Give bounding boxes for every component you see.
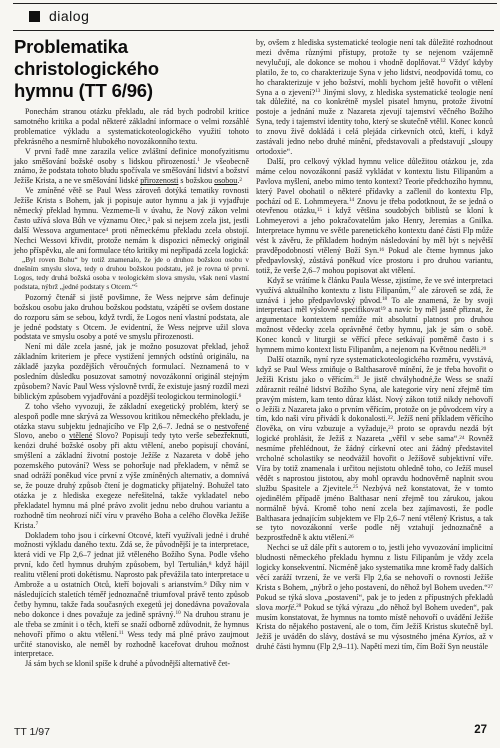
page-title-line1: Problematika christologického <box>14 36 249 80</box>
paragraph: Pozorný čtenář si jistě povšimne, že Wes… <box>14 293 249 343</box>
paragraph: Dokladem toho jsou i církevní Otcové, kt… <box>14 531 249 660</box>
footnote-ref: 9 <box>204 581 207 587</box>
footnote-ref: 27 <box>488 584 493 590</box>
footnote-ref: 1 <box>197 157 200 163</box>
paragraph: V první řadě mne zarazila velice zvláštn… <box>14 147 249 187</box>
section-marker-icon <box>29 11 40 22</box>
paragraph: Není mi dále zcela jasné, jak je možno p… <box>14 342 249 401</box>
italic-term: morfé <box>275 603 294 612</box>
footer-page-number: 27 <box>474 724 487 736</box>
footnote-ref: 4 <box>106 227 109 233</box>
page-title: Problematika christologického hymnu (TT … <box>14 36 249 102</box>
footnote-ref: 17 <box>411 286 416 292</box>
footer-issue-label: TT 1/97 <box>14 726 50 738</box>
footnote-ref: 23 <box>388 425 393 431</box>
italic-term: Kyrios <box>453 632 474 641</box>
emphasized-term: osobou <box>214 176 237 185</box>
paragraph: Z toho všeho vyvozuji, že základní exege… <box>14 402 249 531</box>
emphasized-term: vtělené <box>69 431 92 440</box>
footnote-ref: 16 <box>379 247 384 253</box>
footnote-ref: 20 <box>481 346 486 352</box>
paragraph: Když se vrátíme k článku Paula Wesse, zj… <box>256 276 493 355</box>
block-quote: „Byl roven Bohu“ by totiž znamenalo, že … <box>14 256 249 293</box>
footnote-ref: 7 <box>36 521 39 527</box>
paragraph: Ponechám stranou otázku překladu, ale rá… <box>14 107 249 147</box>
footnote-ref: 24 <box>459 435 464 441</box>
paragraph: by, ovšem z hlediska systematické teolog… <box>256 38 493 157</box>
footnote-ref: 11 <box>119 630 124 636</box>
footnote-ref: 10 <box>176 610 181 616</box>
footnote-ref: 12 <box>440 58 445 64</box>
footnote-ref: 19 <box>380 306 385 312</box>
paragraph: Nechci se už dále přít s autorem o to, j… <box>256 543 493 652</box>
footnote-ref: 22 <box>388 415 393 421</box>
footnote-ref: 26 <box>348 534 353 540</box>
paragraph: Další otazník, nyní ryze systematickoteo… <box>256 355 493 543</box>
section-header: dialog <box>29 8 89 24</box>
footnote-ref: 28 <box>296 603 301 609</box>
header-top-rule <box>13 3 497 4</box>
emphasized-term: nestvořené <box>214 422 249 431</box>
page-title-line2: hymnu (TT 6/96) <box>14 80 249 102</box>
footnote-ref: 14 <box>349 197 354 203</box>
footnote-ref: 13 <box>315 88 320 94</box>
footnote-ref: 15 <box>317 207 322 213</box>
footnote-ref: 25 <box>353 484 358 490</box>
paragraph: Další, pro celkový výklad hymnu velice d… <box>256 157 493 276</box>
right-column: by, ovšem z hlediska systematické teolog… <box>256 38 493 652</box>
footnote-ref: 3 <box>148 217 151 223</box>
footnote-ref: 2 <box>239 177 242 183</box>
emphasized-term: přirozenosti <box>140 176 178 185</box>
section-label: dialog <box>49 8 89 24</box>
footnote-ref: 5 <box>135 284 137 289</box>
footnote-ref: 8 <box>209 561 212 567</box>
paragraph: Já sám bych se klonil spíše k druhé a pů… <box>14 659 249 669</box>
footnote-ref: 21 <box>354 375 359 381</box>
paragraph: Ve zmíněné větě se Paul Wess zároveň dot… <box>14 186 249 255</box>
header-bottom-rule <box>13 30 494 31</box>
journal-page: dialog Problematika christologického hym… <box>0 0 500 748</box>
footnote-ref: 6 <box>239 393 242 399</box>
left-column: Problematika christologického hymnu (TT … <box>14 36 249 669</box>
footnote-ref: 18 <box>382 296 387 302</box>
